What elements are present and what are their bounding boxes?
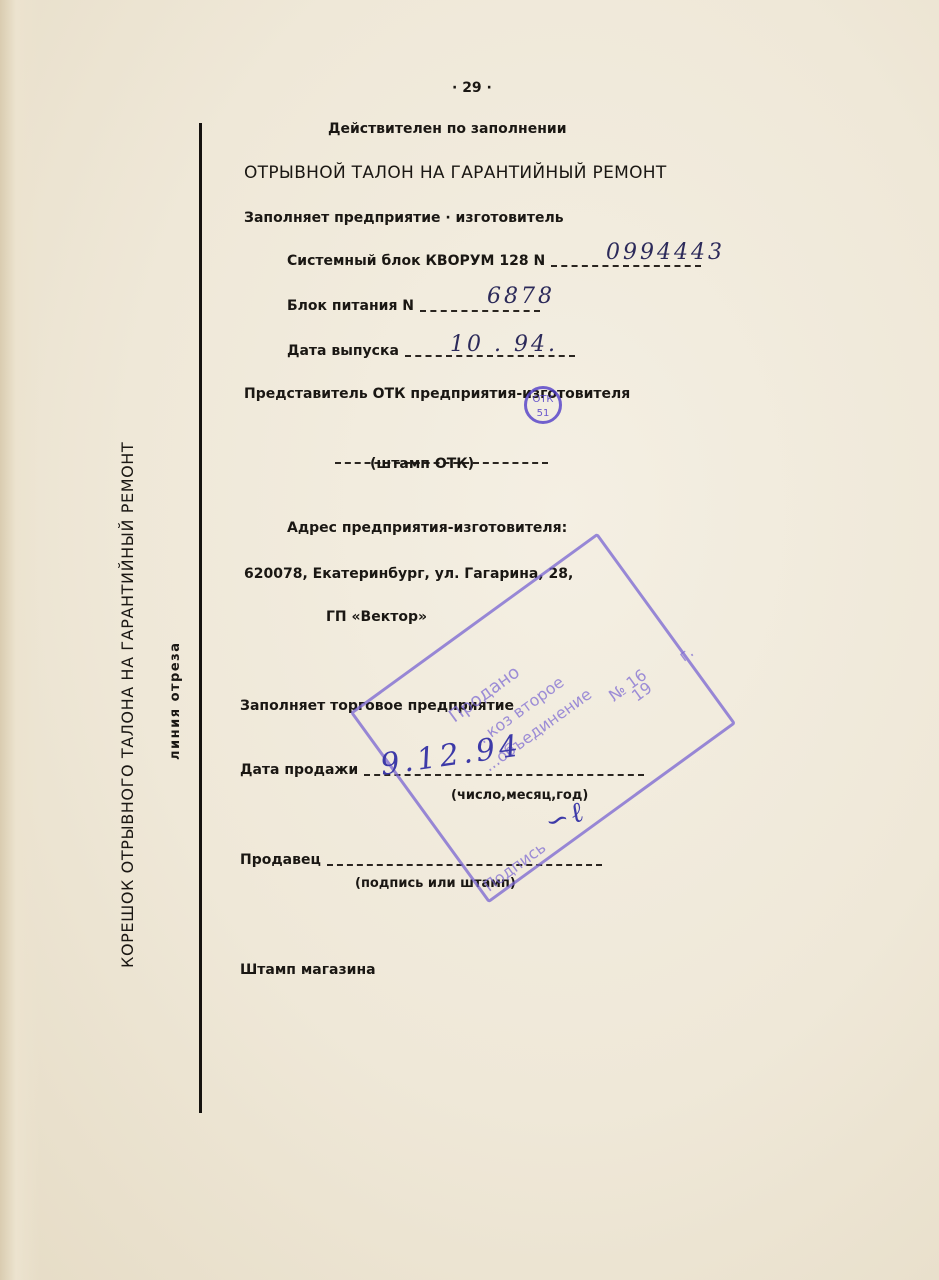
organization-name: ГП «Вектор» <box>326 609 427 625</box>
manufacturer-section-heading: Заполняет предприятие · изготовитель <box>244 210 564 226</box>
page-number: · 29 · <box>452 80 492 96</box>
cut-line-rule <box>199 123 202 1113</box>
release-date-label: Дата выпуска <box>287 343 399 359</box>
page-edge <box>0 0 40 1280</box>
seller-label: Продавец <box>240 852 321 868</box>
address-label: Адрес предприятия-изготовителя: <box>287 520 567 536</box>
release-date-value: 10 . 94. <box>450 332 558 357</box>
system-unit-label: Системный блок КВОРУМ 128 N <box>287 253 545 269</box>
power-supply-serial: 6878 <box>487 284 555 309</box>
otk-round-stamp: ОТК 51 <box>524 386 562 424</box>
sale-date-label: Дата продажи <box>240 762 358 778</box>
coupon-title: ОТРЫВНОЙ ТАЛОН НА ГАРАНТИЙНЫЙ РЕМОНТ <box>244 163 667 183</box>
otk-stamp-caption: (штамп ОТК) <box>370 456 474 472</box>
address-text: 620078, Екатеринбург, ул. Гагарина, 28, <box>244 566 573 582</box>
power-supply-line[interactable] <box>420 309 540 312</box>
validity-note: Действителен по заполнении <box>328 121 567 137</box>
power-supply-label: Блок питания N <box>287 298 414 314</box>
cut-line-label: линия отреза <box>168 641 183 760</box>
otk-representative-label: Представитель ОТК предприятия-изготовите… <box>244 386 630 402</box>
shop-stamp-label: Штамп магазина <box>240 962 376 978</box>
system-unit-serial: 0994443 <box>606 240 725 265</box>
stub-title: КОРЕШОК ОТРЫВНОГО ТАЛОНА НА ГАРАНТИЙНЫЙ … <box>118 442 137 968</box>
